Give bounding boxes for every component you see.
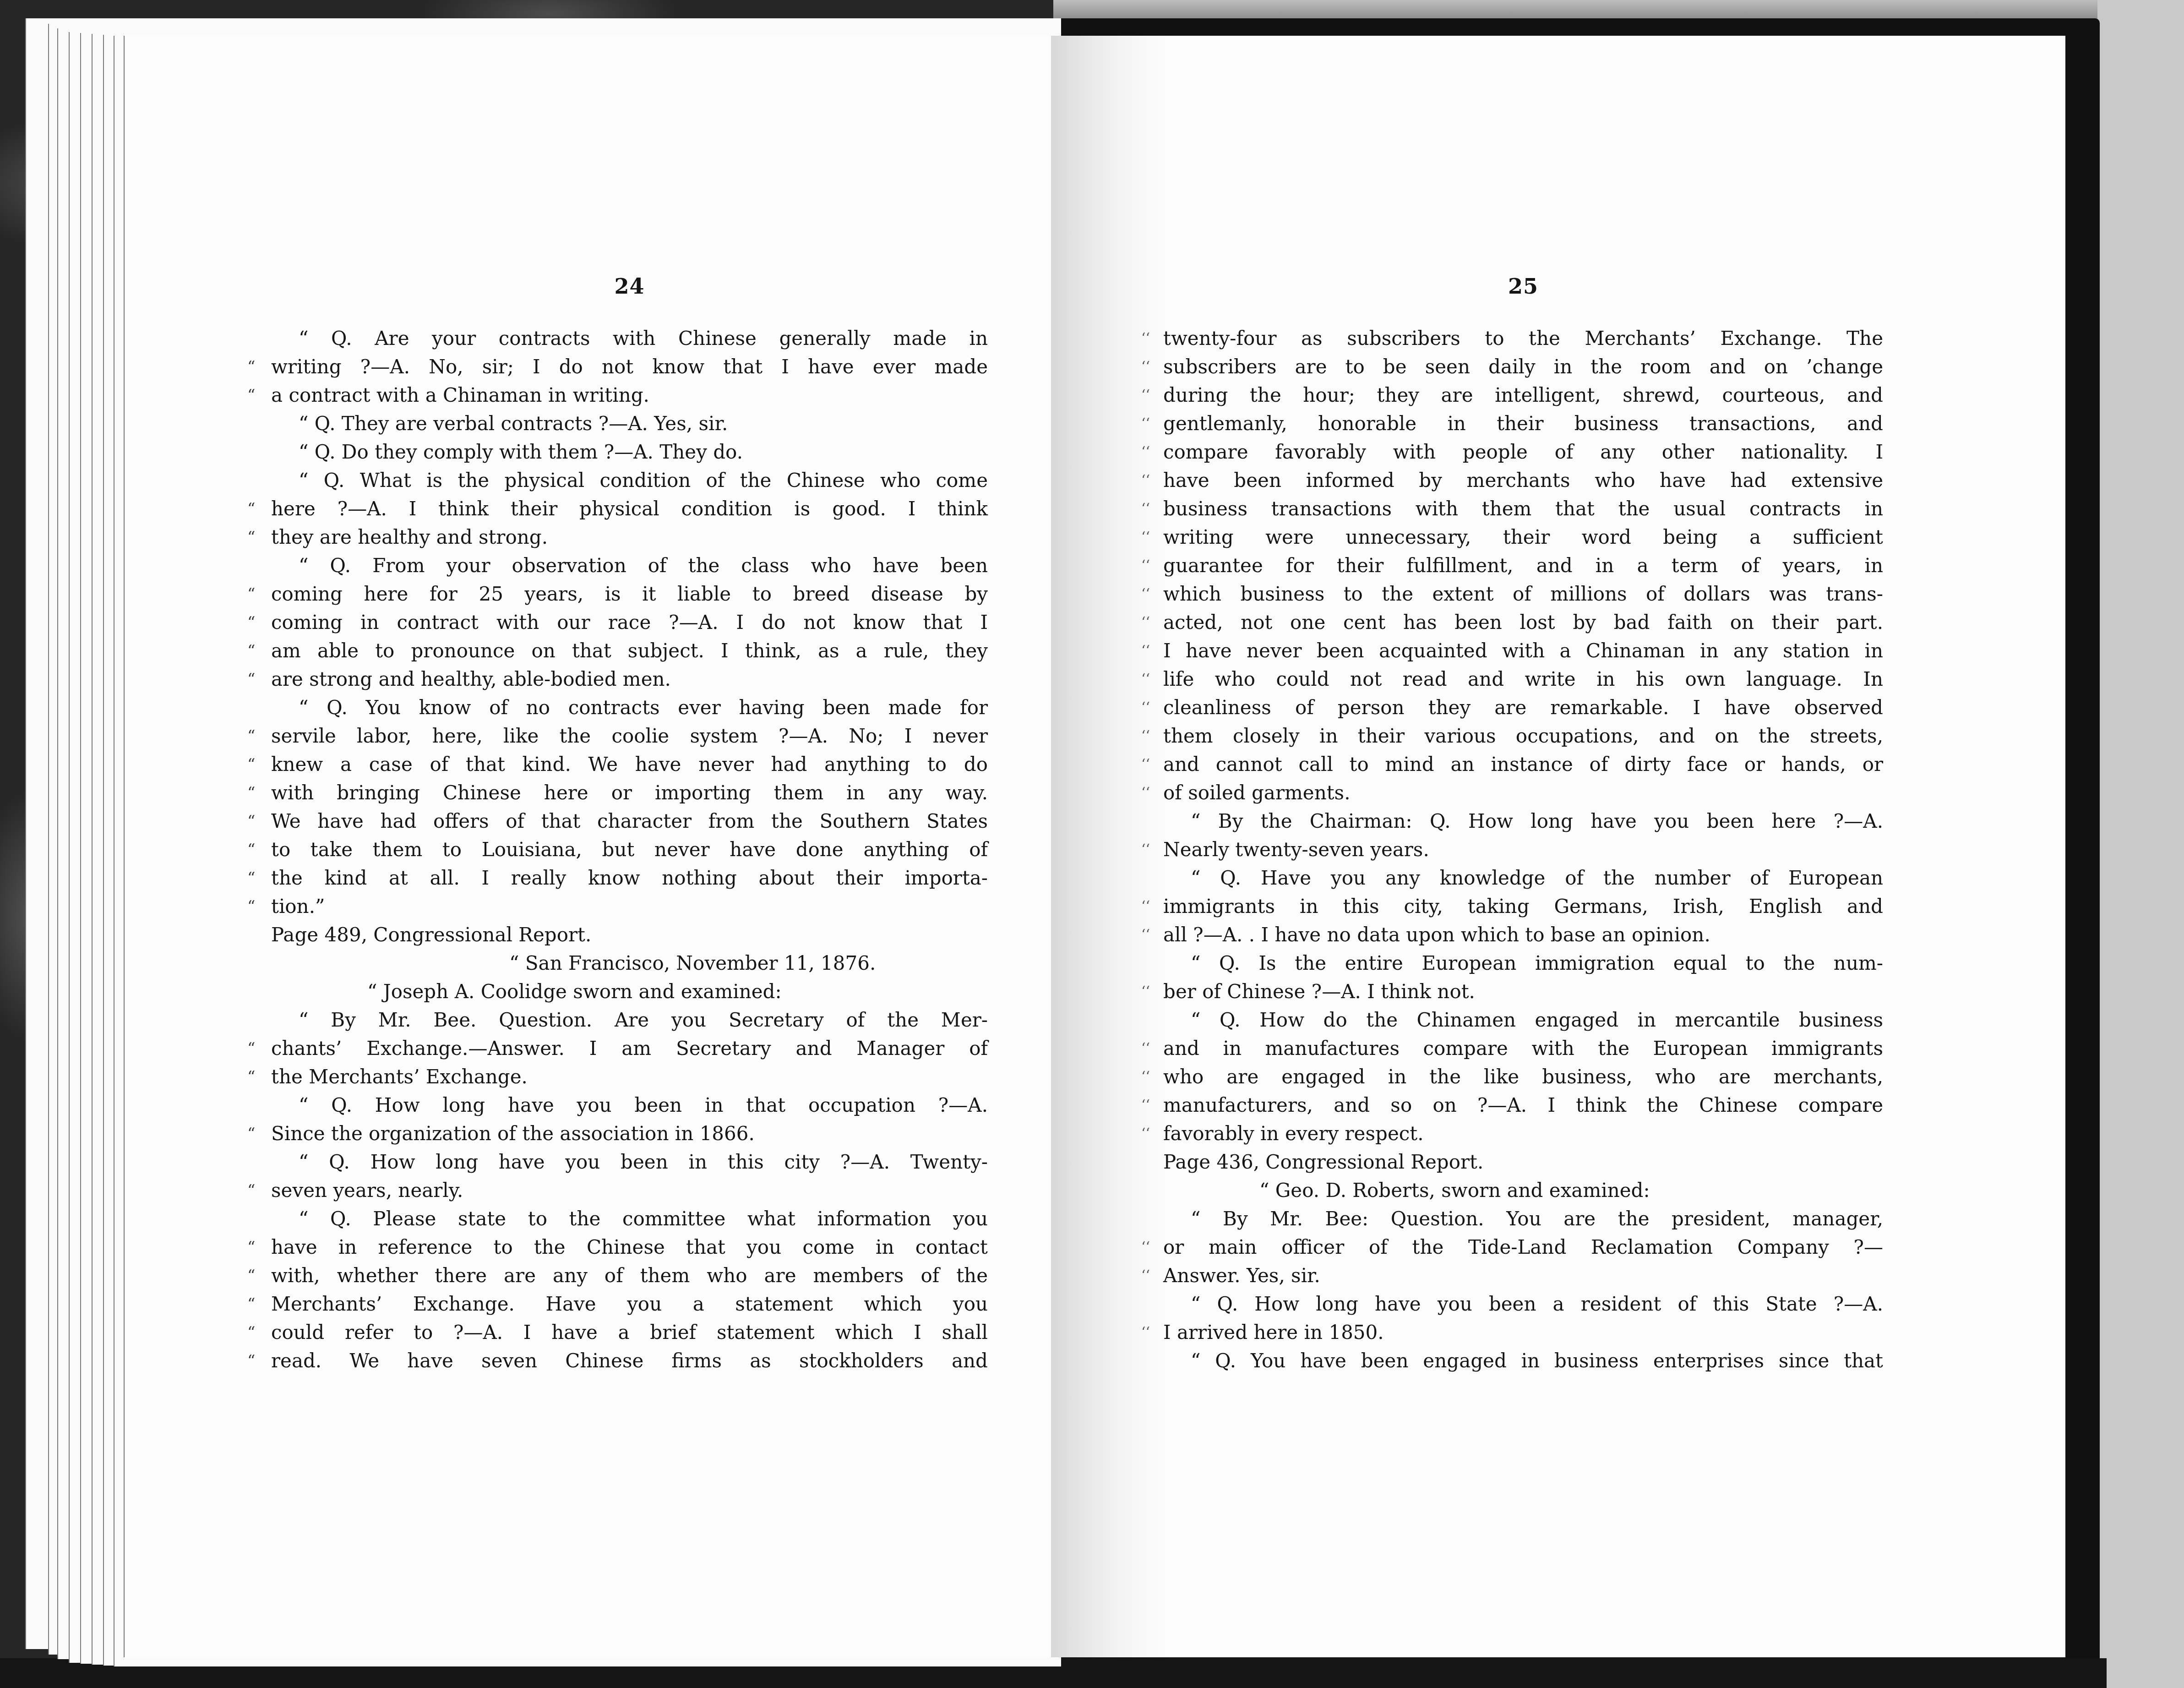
- text-line: and in manufactures compare with the Eur…: [1163, 1034, 1883, 1063]
- text-line: “ Joseph A. Coolidge sworn and examined:: [271, 978, 988, 1006]
- page-number: 25: [1163, 274, 1883, 299]
- text-line: manufacturers, and so on ?—A. I think th…: [1163, 1091, 1883, 1120]
- scanner-edge-top: [1053, 0, 2184, 21]
- text-line: with, whether there are any of them who …: [271, 1262, 988, 1290]
- text-line: of soiled garments.: [1163, 779, 1883, 807]
- text-line: “ Geo. D. Roberts, sworn and examined:: [1163, 1176, 1883, 1205]
- text-line: they are healthy and strong.: [271, 523, 988, 552]
- text-line: them closely in their various occupation…: [1163, 722, 1883, 750]
- text-line: have been informed by merchants who have…: [1163, 466, 1883, 495]
- text-line: and cannot call to mind an instance of d…: [1163, 750, 1883, 779]
- text-line: “ By Mr. Bee: Question. You are the pres…: [1163, 1205, 1883, 1233]
- text-line: Merchants’ Exchange. Have you a statemen…: [271, 1290, 988, 1318]
- text-line: “ Q. You know of no contracts ever havin…: [271, 694, 988, 722]
- text-line: subscribers are to be seen daily in the …: [1163, 353, 1883, 381]
- left-page: 24 “ Q. Are your contracts with Chinese …: [124, 36, 1059, 1657]
- text-line: twenty-four as subscribers to the Mercha…: [1163, 324, 1883, 353]
- text-line: a contract with a Chinaman in writing.: [271, 381, 988, 410]
- text-line: “ Q. They are verbal contracts ?—A. Yes,…: [271, 410, 988, 438]
- text-line: “ Q. From your observation of the class …: [271, 552, 988, 580]
- text-line: Answer. Yes, sir.: [1163, 1262, 1883, 1290]
- page-number: 24: [271, 274, 988, 299]
- text-line: who are engaged in the like business, wh…: [1163, 1063, 1883, 1091]
- text-line: the kind at all. I really know nothing a…: [271, 864, 988, 892]
- text-line: “ Q. Have you any knowledge of the numbe…: [1163, 864, 1883, 892]
- text-line: “ San Francisco, November 11, 1876.: [271, 949, 988, 978]
- text-line: Nearly twenty-seven years.: [1163, 836, 1883, 864]
- text-line: “ Q. Is the entire European immigration …: [1163, 949, 1883, 978]
- right-page-text: twenty-four as subscribers to the Mercha…: [1163, 324, 1883, 1375]
- text-line: life who could not read and write in his…: [1163, 665, 1883, 694]
- text-line: coming here for 25 years, is it liable t…: [271, 580, 988, 608]
- text-line: have in reference to the Chinese that yo…: [271, 1233, 988, 1262]
- text-line: writing ?—A. No, sir; I do not know that…: [271, 353, 988, 381]
- text-line: with bringing Chinese here or importing …: [271, 779, 988, 807]
- text-line: “ Q. How do the Chinamen engaged in merc…: [1163, 1006, 1883, 1034]
- text-line: are strong and healthy, able-bodied men.: [271, 665, 988, 694]
- text-line: favorably in every respect.: [1163, 1120, 1883, 1148]
- text-line: am able to pronounce on that subject. I …: [271, 637, 988, 665]
- text-line: “ Q. How long have you been in this city…: [271, 1148, 988, 1176]
- text-line: guarantee for their fulfillment, and in …: [1163, 552, 1883, 580]
- text-line: during the hour; they are intelligent, s…: [1163, 381, 1883, 410]
- text-line: gentlemanly, honorable in their business…: [1163, 410, 1883, 438]
- text-line: compare favorably with people of any oth…: [1163, 438, 1883, 466]
- gutter-shadow: [1051, 36, 1170, 1657]
- text-line: acted, not one cent has been lost by bad…: [1163, 608, 1883, 637]
- right-page: 25 twenty-four as subscribers to the Mer…: [1051, 36, 2065, 1657]
- text-line: or main officer of the Tide-Land Reclama…: [1163, 1233, 1883, 1262]
- text-line: I have never been acquainted with a Chin…: [1163, 637, 1883, 665]
- text-line: seven years, nearly.: [271, 1176, 988, 1205]
- text-line: tion.”: [271, 892, 988, 921]
- text-line: knew a case of that kind. We have never …: [271, 750, 988, 779]
- left-page-text: “ Q. Are your contracts with Chinese gen…: [271, 324, 988, 1375]
- text-line: read. We have seven Chinese firms as sto…: [271, 1347, 988, 1375]
- text-line: writing were unnecessary, their word bei…: [1163, 523, 1883, 552]
- text-line: all ?—A. . I have no data upon which to …: [1163, 921, 1883, 949]
- text-line: “ Q. You have been engaged in business e…: [1163, 1347, 1883, 1375]
- text-line: “ Q. How long have you been a resident o…: [1163, 1290, 1883, 1318]
- text-line: Page 489, Congressional Report.: [271, 921, 988, 949]
- text-line: business transactions with them that the…: [1163, 495, 1883, 523]
- text-line: to take them to Louisiana, but never hav…: [271, 836, 988, 864]
- text-line: “ Q. How long have you been in that occu…: [271, 1091, 988, 1120]
- scanner-bed-right: [2097, 0, 2184, 1688]
- text-line: cleanliness of person they are remarkabl…: [1163, 694, 1883, 722]
- text-line: We have had offers of that character fro…: [271, 807, 988, 836]
- text-line: here ?—A. I think their physical conditi…: [271, 495, 988, 523]
- text-line: the Merchants’ Exchange.: [271, 1063, 988, 1091]
- text-line: Page 436, Congressional Report.: [1163, 1148, 1883, 1176]
- text-line: which business to the extent of millions…: [1163, 580, 1883, 608]
- text-line: immigrants in this city, taking Germans,…: [1163, 892, 1883, 921]
- text-line: “ Q. Are your contracts with Chinese gen…: [271, 324, 988, 353]
- text-line: ber of Chinese ?—A. I think not.: [1163, 978, 1883, 1006]
- text-line: “ By Mr. Bee. Question. Are you Secretar…: [271, 1006, 988, 1034]
- text-line: “ Q. What is the physical condition of t…: [271, 466, 988, 495]
- text-line: coming in contract with our race ?—A. I …: [271, 608, 988, 637]
- text-line: “ Q. Please state to the committee what …: [271, 1205, 988, 1233]
- text-line: Since the organization of the associatio…: [271, 1120, 988, 1148]
- text-line: I arrived here in 1850.: [1163, 1318, 1883, 1347]
- text-line: chants’ Exchange.—Answer. I am Secretary…: [271, 1034, 988, 1063]
- text-line: “ Q. Do they comply with them ?—A. They …: [271, 438, 988, 466]
- text-line: “ By the Chairman: Q. How long have you …: [1163, 807, 1883, 836]
- text-line: could refer to ?—A. I have a brief state…: [271, 1318, 988, 1347]
- text-line: servile labor, here, like the coolie sys…: [271, 722, 988, 750]
